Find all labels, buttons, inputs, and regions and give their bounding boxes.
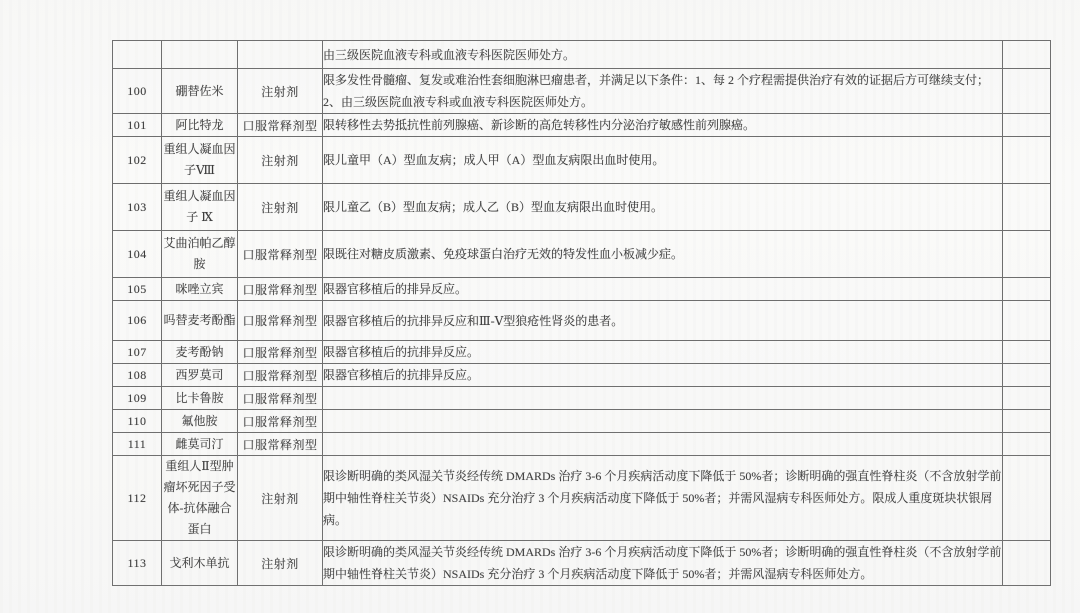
empty-cell: [1003, 387, 1051, 410]
table-row: 109比卡鲁胺口服常释剂型: [113, 387, 1051, 410]
row-number-cell: 105: [113, 278, 162, 301]
drug-table: 由三级医院血液专科或血液专科医院医师处方。100硼替佐米注射剂限多发性骨髓瘤、复…: [112, 40, 1051, 586]
empty-cell: [1003, 278, 1051, 301]
empty-cell: [1003, 114, 1051, 137]
row-number-cell: 111: [113, 433, 162, 456]
drug-name-cell: [162, 41, 238, 69]
table-row: 101阿比特龙口服常释剂型限转移性去势抵抗性前列腺癌、新诊断的高危转移性内分泌治…: [113, 114, 1051, 137]
restriction-text-cell: [323, 410, 1003, 433]
dosage-form-cell: 注射剂: [238, 137, 323, 184]
restriction-text-cell: 限器官移植后的排异反应。: [323, 278, 1003, 301]
restriction-text-cell: 限多发性骨髓瘤、复发或难治性套细胞淋巴瘤患者，并满足以下条件：1、每 2 个疗程…: [323, 69, 1003, 114]
drug-name-cell: 氟他胺: [162, 410, 238, 433]
row-number-cell: 106: [113, 301, 162, 341]
row-number-cell: 109: [113, 387, 162, 410]
row-number-cell: 104: [113, 231, 162, 278]
dosage-form-cell: 注射剂: [238, 184, 323, 231]
restriction-text-cell: 限儿童乙（B）型血友病；成人乙（B）型血友病限出血时使用。: [323, 184, 1003, 231]
empty-cell: [1003, 41, 1051, 69]
empty-cell: [1003, 541, 1051, 586]
restriction-text-cell: [323, 387, 1003, 410]
restriction-text-cell: 限转移性去势抵抗性前列腺癌、新诊断的高危转移性内分泌治疗敏感性前列腺癌。: [323, 114, 1003, 137]
drug-name-cell: 麦考酚钠: [162, 341, 238, 364]
table-row: 100硼替佐米注射剂限多发性骨髓瘤、复发或难治性套细胞淋巴瘤患者，并满足以下条件…: [113, 69, 1051, 114]
drug-name-cell: 雌莫司汀: [162, 433, 238, 456]
table-row: 108西罗莫司口服常释剂型限器官移植后的抗排异反应。: [113, 364, 1051, 387]
drug-name-cell: 艾曲泊帕乙醇胺: [162, 231, 238, 278]
restriction-text-cell: 限既往对糖皮质激素、免疫球蛋白治疗无效的特发性血小板减少症。: [323, 231, 1003, 278]
row-number-cell: 100: [113, 69, 162, 114]
row-number-cell: 110: [113, 410, 162, 433]
drug-name-cell: 重组人Ⅱ型肿瘤坏死因子受体-抗体融合蛋白: [162, 456, 238, 541]
dosage-form-cell: 口服常释剂型: [238, 433, 323, 456]
row-number-cell: 113: [113, 541, 162, 586]
table-row: 106吗替麦考酚酯口服常释剂型限器官移植后的抗排异反应和Ⅲ-Ⅴ型狼疮性肾炎的患者…: [113, 301, 1051, 341]
drug-name-cell: 戈利木单抗: [162, 541, 238, 586]
empty-cell: [1003, 69, 1051, 114]
empty-cell: [1003, 433, 1051, 456]
drug-name-cell: 阿比特龙: [162, 114, 238, 137]
dosage-form-cell: 口服常释剂型: [238, 410, 323, 433]
table-row: 112重组人Ⅱ型肿瘤坏死因子受体-抗体融合蛋白注射剂限诊断明确的类风湿关节炎经传…: [113, 456, 1051, 541]
empty-cell: [1003, 364, 1051, 387]
dosage-form-cell: 注射剂: [238, 541, 323, 586]
restriction-text-cell: 限诊断明确的类风湿关节炎经传统 DMARDs 治疗 3-6 个月疾病活动度下降低…: [323, 456, 1003, 541]
dosage-form-cell: 口服常释剂型: [238, 301, 323, 341]
row-number-cell: 107: [113, 341, 162, 364]
empty-cell: [1003, 410, 1051, 433]
dosage-form-cell: [238, 41, 323, 69]
drug-name-cell: 咪唑立宾: [162, 278, 238, 301]
drug-name-cell: 比卡鲁胺: [162, 387, 238, 410]
table-row: 104艾曲泊帕乙醇胺口服常释剂型限既往对糖皮质激素、免疫球蛋白治疗无效的特发性血…: [113, 231, 1051, 278]
row-number-cell: [113, 41, 162, 69]
empty-cell: [1003, 137, 1051, 184]
table-row: 103重组人凝血因子 Ⅸ注射剂限儿童乙（B）型血友病；成人乙（B）型血友病限出血…: [113, 184, 1051, 231]
row-number-cell: 102: [113, 137, 162, 184]
dosage-form-cell: 口服常释剂型: [238, 364, 323, 387]
empty-cell: [1003, 184, 1051, 231]
row-number-cell: 103: [113, 184, 162, 231]
restriction-text-cell: 限儿童甲（A）型血友病；成人甲（A）型血友病限出血时使用。: [323, 137, 1003, 184]
row-number-cell: 101: [113, 114, 162, 137]
table-row: 102重组人凝血因子Ⅷ注射剂限儿童甲（A）型血友病；成人甲（A）型血友病限出血时…: [113, 137, 1051, 184]
drug-table-body: 由三级医院血液专科或血液专科医院医师处方。100硼替佐米注射剂限多发性骨髓瘤、复…: [113, 41, 1051, 586]
drug-name-cell: 吗替麦考酚酯: [162, 301, 238, 341]
restriction-text-cell: 限器官移植后的抗排异反应和Ⅲ-Ⅴ型狼疮性肾炎的患者。: [323, 301, 1003, 341]
drug-name-cell: 硼替佐米: [162, 69, 238, 114]
restriction-text-cell: [323, 433, 1003, 456]
table-row: 由三级医院血液专科或血液专科医院医师处方。: [113, 41, 1051, 69]
restriction-text-cell: 限诊断明确的类风湿关节炎经传统 DMARDs 治疗 3-6 个月疾病活动度下降低…: [323, 541, 1003, 586]
drug-name-cell: 重组人凝血因子Ⅷ: [162, 137, 238, 184]
empty-cell: [1003, 341, 1051, 364]
table-row: 105咪唑立宾口服常释剂型限器官移植后的排异反应。: [113, 278, 1051, 301]
dosage-form-cell: 注射剂: [238, 456, 323, 541]
drug-name-cell: 重组人凝血因子 Ⅸ: [162, 184, 238, 231]
dosage-form-cell: 口服常释剂型: [238, 387, 323, 410]
restriction-text-cell: 限器官移植后的抗排异反应。: [323, 364, 1003, 387]
restriction-text-cell: 限器官移植后的抗排异反应。: [323, 341, 1003, 364]
empty-cell: [1003, 456, 1051, 541]
dosage-form-cell: 口服常释剂型: [238, 278, 323, 301]
drug-name-cell: 西罗莫司: [162, 364, 238, 387]
dosage-form-cell: 口服常释剂型: [238, 231, 323, 278]
table-row: 113戈利木单抗注射剂限诊断明确的类风湿关节炎经传统 DMARDs 治疗 3-6…: [113, 541, 1051, 586]
row-number-cell: 112: [113, 456, 162, 541]
table-row: 107麦考酚钠口服常释剂型限器官移植后的抗排异反应。: [113, 341, 1051, 364]
table-row: 110氟他胺口服常释剂型: [113, 410, 1051, 433]
empty-cell: [1003, 301, 1051, 341]
dosage-form-cell: 口服常释剂型: [238, 341, 323, 364]
empty-cell: [1003, 231, 1051, 278]
scanned-document-page: 由三级医院血液专科或血液专科医院医师处方。100硼替佐米注射剂限多发性骨髓瘤、复…: [0, 0, 1080, 613]
restriction-text-cell: 由三级医院血液专科或血液专科医院医师处方。: [323, 41, 1003, 69]
dosage-form-cell: 口服常释剂型: [238, 114, 323, 137]
row-number-cell: 108: [113, 364, 162, 387]
table-row: 111雌莫司汀口服常释剂型: [113, 433, 1051, 456]
dosage-form-cell: 注射剂: [238, 69, 323, 114]
